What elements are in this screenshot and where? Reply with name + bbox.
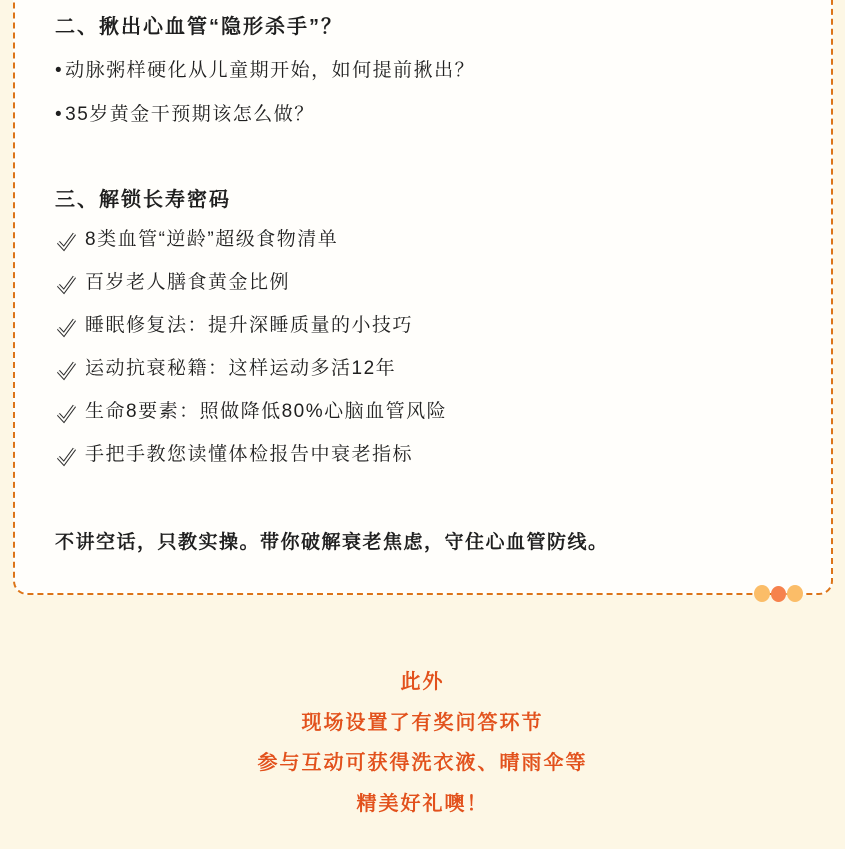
footer-line: 精美好礼噢！ bbox=[0, 784, 845, 825]
bullet-marker: • bbox=[55, 59, 63, 83]
divider-dot-icon bbox=[754, 585, 770, 602]
bullet-item: •动脉粥样硬化从儿童期开始，如何提前揪出？ bbox=[55, 59, 793, 83]
checklist-item: 百岁老人膳食黄金比例 bbox=[55, 270, 793, 296]
footer-line: 参与互动可获得洗衣液、晴雨伞等 bbox=[0, 743, 845, 784]
checklist-item: 8类血管“逆龄”超级食物清单 bbox=[55, 227, 793, 253]
check-icon bbox=[55, 403, 77, 424]
checklist-item-label: 百岁老人膳食黄金比例 bbox=[85, 270, 290, 296]
checklist-item: 生命8要素：照做降低80%心脑血管风险 bbox=[55, 399, 793, 425]
checklist-item-label: 手把手教您读懂体检报告中衰老指标 bbox=[85, 442, 413, 468]
page: 二、揪出心血管“隐形杀手”？ •动脉粥样硬化从儿童期开始，如何提前揪出？ •35… bbox=[0, 0, 845, 849]
content-card: 二、揪出心血管“隐形杀手”？ •动脉粥样硬化从儿童期开始，如何提前揪出？ •35… bbox=[13, 0, 833, 595]
divider-dot-icon bbox=[771, 586, 786, 602]
divider-dot-icon bbox=[787, 585, 803, 602]
check-icon bbox=[55, 274, 77, 295]
footer-text: 此外 现场设置了有奖问答环节 参与互动可获得洗衣液、晴雨伞等 精美好礼噢！ bbox=[0, 662, 845, 824]
bullet-text: 动脉粥样硬化从儿童期开始，如何提前揪出？ bbox=[65, 59, 475, 83]
check-icon bbox=[55, 231, 77, 252]
checklist-item: 睡眠修复法：提升深睡质量的小技巧 bbox=[55, 313, 793, 339]
closing-line: 不讲空话，只教实操。带你破解衰老焦虑，守住心血管防线。 bbox=[55, 530, 793, 556]
bullet-item: •35岁黄金干预期该怎么做？ bbox=[55, 103, 793, 127]
checklist-item-label: 生命8要素：照做降低80%心脑血管风险 bbox=[85, 399, 447, 425]
checklist-item: 手把手教您读懂体检报告中衰老指标 bbox=[55, 442, 793, 468]
checklist-item-label: 运动抗衰秘籍：这样运动多活12年 bbox=[85, 356, 396, 382]
section-3-heading: 三、解锁长寿密码 bbox=[55, 188, 793, 212]
check-icon bbox=[55, 317, 77, 338]
bullet-text: 35岁黄金干预期该怎么做？ bbox=[65, 103, 315, 127]
check-icon bbox=[55, 446, 77, 467]
checklist-item: 运动抗衰秘籍：这样运动多活12年 bbox=[55, 356, 793, 382]
checklist-item-label: 8类血管“逆龄”超级食物清单 bbox=[85, 227, 338, 253]
check-icon bbox=[55, 360, 77, 381]
footer-line: 现场设置了有奖问答环节 bbox=[0, 703, 845, 744]
checklist-item-label: 睡眠修复法：提升深睡质量的小技巧 bbox=[85, 313, 413, 339]
footer-line: 此外 bbox=[0, 662, 845, 703]
section-2-heading: 二、揪出心血管“隐形杀手”？ bbox=[55, 15, 793, 39]
bullet-marker: • bbox=[55, 103, 63, 127]
card-inner: 二、揪出心血管“隐形杀手”？ •动脉粥样硬化从儿童期开始，如何提前揪出？ •35… bbox=[15, 0, 831, 556]
